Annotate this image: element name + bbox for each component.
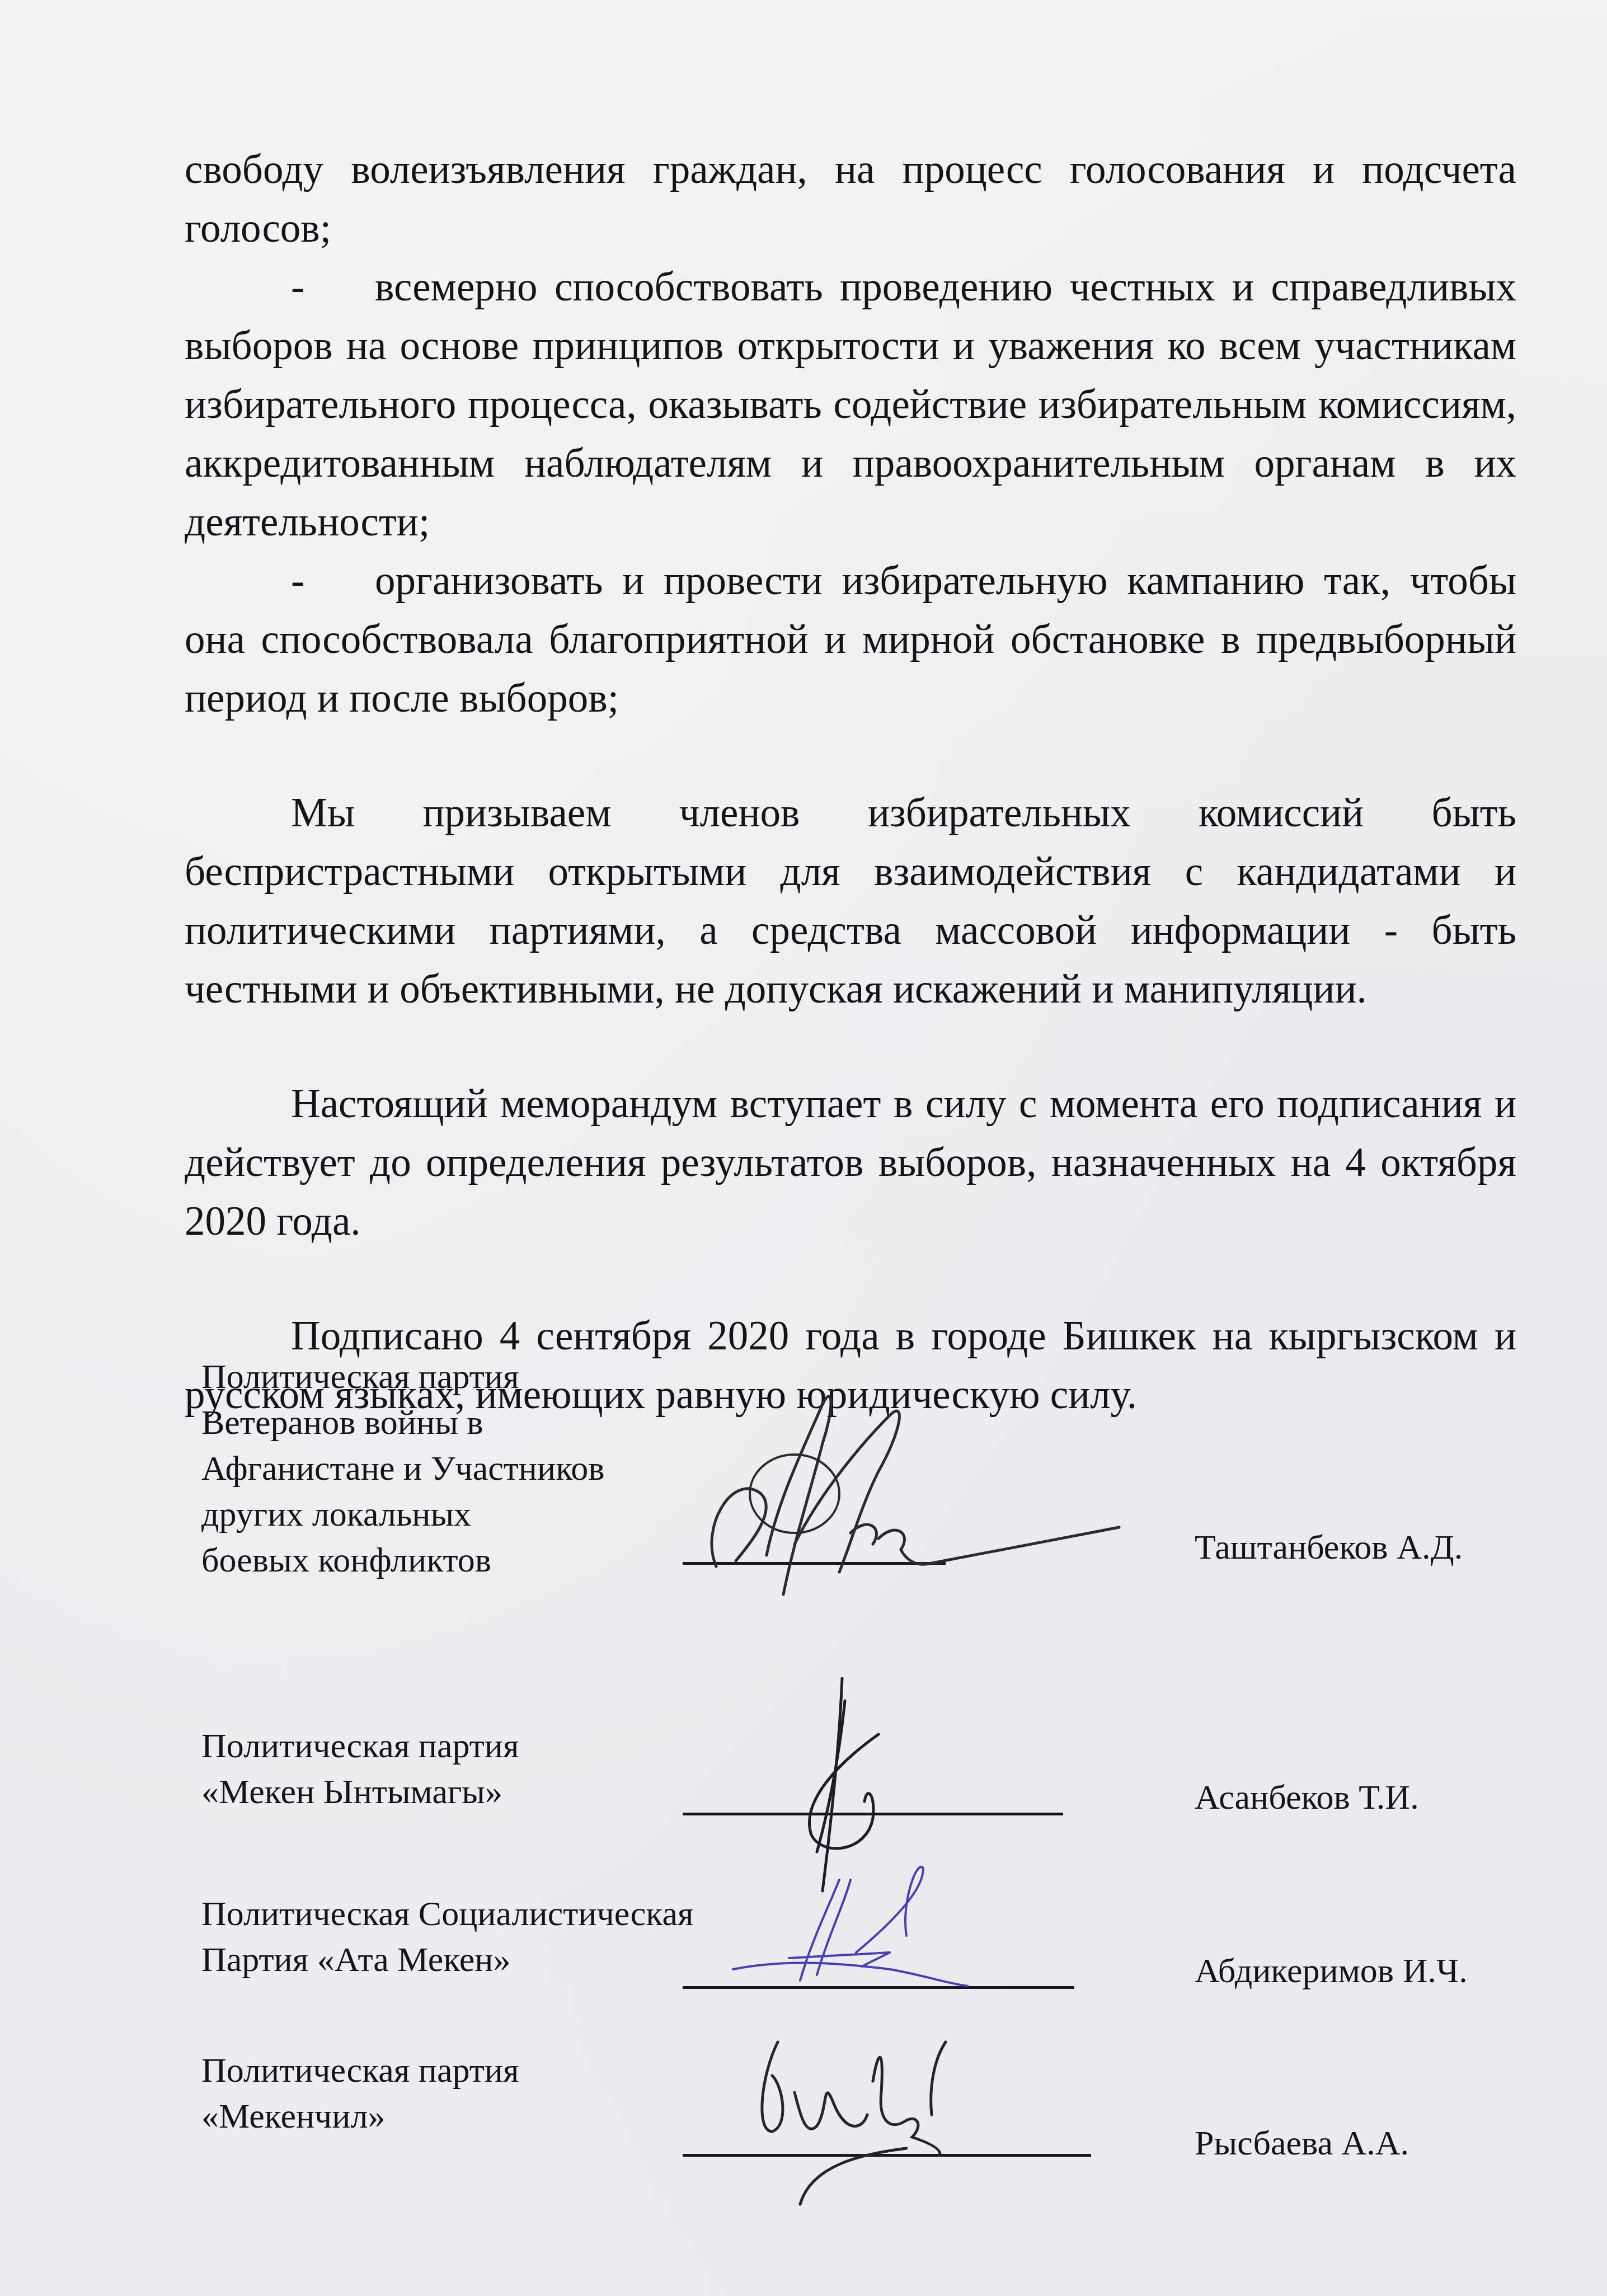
bullet-dash: - — [291, 551, 375, 610]
party-name: Политическая партия «Мекенчил» — [201, 2048, 519, 2139]
handwritten-signature — [739, 2025, 1018, 2204]
party-name: Политическая Социалистическая Партия «Ат… — [201, 1891, 694, 1983]
bullet-text: всемерно способствовать проведению честн… — [185, 264, 1516, 544]
document-page: свободу волеизъявления граждан, на проце… — [185, 140, 1516, 1424]
signatory-name: Асанбеков Т.И. — [1195, 1775, 1419, 1820]
appeal-paragraph: Мы призываем членов избирательных комисс… — [185, 783, 1516, 1018]
handwritten-signature — [683, 1359, 1018, 1594]
signatory-name: Таштанбеков А.Д. — [1195, 1525, 1463, 1570]
bullet-text: организовать и провести избирательную ка… — [185, 558, 1516, 721]
party-name: Политическая партия Ветеранов войны в Аф… — [201, 1354, 604, 1583]
bullet-dash: - — [291, 257, 375, 316]
effective-date-paragraph: Настоящий меморандум вступает в силу с м… — [185, 1074, 1516, 1250]
party-name: Политическая партия «Мекен Ынтымагы» — [201, 1723, 519, 1815]
memorandum-body: свободу волеизъявления граждан, на проце… — [185, 140, 1516, 1424]
signatory-name: Рысбаева А.А. — [1195, 2120, 1409, 2166]
handwritten-signature — [761, 1667, 985, 1902]
continuation-paragraph: свободу волеизъявления граждан, на проце… — [185, 140, 1516, 257]
signatory-name: Абдикеримов И.Ч. — [1195, 1948, 1468, 1994]
bullet-item: -всемерно способствовать проведению чест… — [185, 257, 1516, 551]
handwritten-signature — [722, 1869, 979, 2014]
bullet-item: -организовать и провести избирательную к… — [185, 551, 1516, 727]
